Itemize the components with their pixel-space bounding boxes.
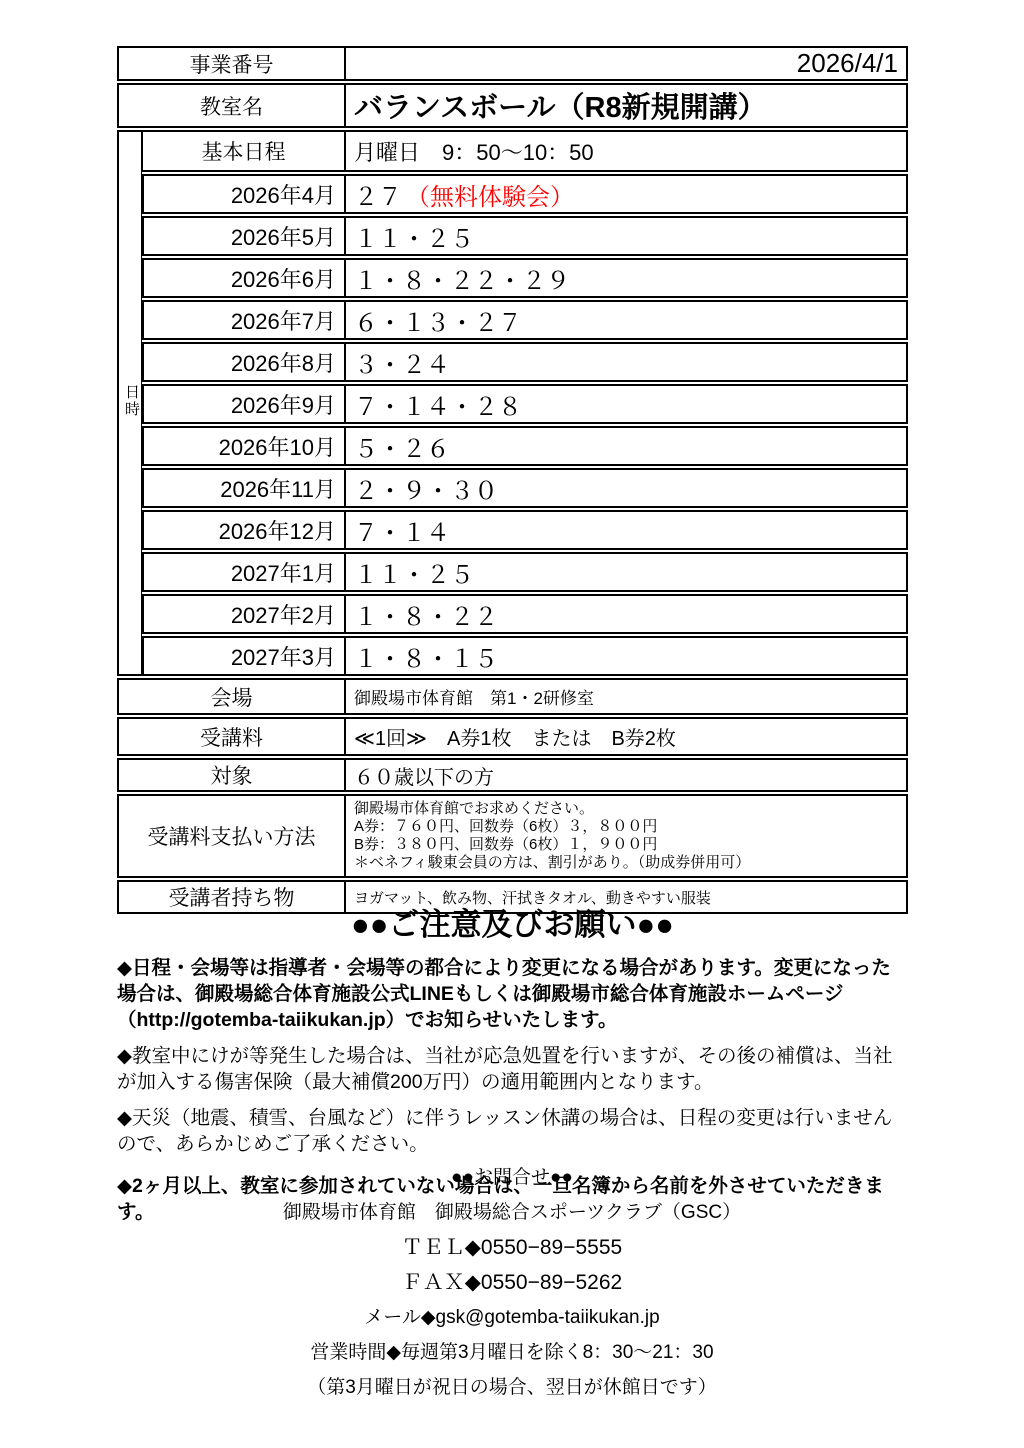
schedule-month-label: 2026年4月: [142, 174, 345, 214]
table-row: 2026年4月 ２７（無料体験会）: [117, 174, 908, 214]
schedule-month-dates: ７・１４: [345, 510, 908, 550]
schedule-month-label: 2026年8月: [142, 342, 345, 382]
flyer-page: 事業番号 2026/4/1 教室名 バランスボール（R8新規開講） 日時 基本日…: [0, 0, 1024, 1448]
target-label: 対象: [117, 758, 345, 792]
table-row: 2026年6月 １・８・２２・２９: [117, 258, 908, 298]
table-row: 受講料 ≪1回≫ A券1枚 または B券2枚: [117, 717, 908, 756]
notice-paragraph-injury: ◆教室中にけが等発生した場合は、当社が応急処置を行いますが、その後の補償は、当社…: [117, 1043, 908, 1095]
contact-tel: ＴＥＬ◆0550−89−5555: [0, 1230, 1024, 1265]
schedule-dates: ２７: [354, 184, 402, 211]
schedule-month-dates: ５・２６: [345, 426, 908, 466]
schedule-month-label: 2026年11月: [142, 468, 345, 508]
table-row: 受講料支払い方法 御殿場市体育館でお求めください。 A券：７６０円、回数券（6枚…: [117, 794, 908, 878]
free-trial-note: （無料体験会）: [406, 184, 574, 211]
table-row: 2026年11月 ２・９・３０: [117, 468, 908, 508]
table-row: 会場 御殿場市体育館 第1・2研修室: [117, 678, 908, 715]
table-row: 2026年12月 ７・１４: [117, 510, 908, 550]
schedule-month-dates: １・８・２２: [345, 594, 908, 634]
schedule-month-label: 2027年3月: [142, 636, 345, 676]
schedule-month-label: 2026年5月: [142, 216, 345, 256]
table-row: 2027年3月 １・８・１５: [117, 636, 908, 676]
class-name-value: バランスボール（R8新規開講）: [345, 83, 908, 128]
contact-fax: ＦＡＸ◆0550−89−5262: [0, 1265, 1024, 1300]
payment-method-label: 受講料支払い方法: [117, 794, 345, 878]
venue-label: 会場: [117, 678, 345, 715]
basic-schedule-value: 月曜日 9：50〜10：50: [345, 130, 908, 172]
payment-line: A券：７６０円、回数券（6枚）３，８００円: [354, 818, 898, 836]
contact-section: ●●お問合せ●● 御殿場市体育館 御殿場総合スポーツクラブ（GSC） ＴＥＬ◆0…: [0, 1160, 1024, 1405]
business-number-value: 2026/4/1: [345, 46, 908, 81]
schedule-month-label: 2027年2月: [142, 594, 345, 634]
basic-schedule-label: 基本日程: [142, 130, 345, 172]
table-row: 2027年2月 １・８・２２: [117, 594, 908, 634]
schedule-month-label: 2026年9月: [142, 384, 345, 424]
table-row: 2027年1月 １１・２５: [117, 552, 908, 592]
schedule-month-dates: １・８・２２・２９: [345, 258, 908, 298]
schedule-month-label: 2027年1月: [142, 552, 345, 592]
fee-label: 受講料: [117, 717, 345, 756]
schedule-month-dates: ２７（無料体験会）: [345, 174, 908, 214]
notice-paragraph-weather: ◆天災（地震、積雪、台風など）に伴うレッスン休講の場合は、日程の変更は行いません…: [117, 1105, 908, 1157]
class-name-label: 教室名: [117, 83, 345, 128]
target-value: ６０歳以下の方: [345, 758, 908, 792]
contact-hours: 営業時間◆毎週第3月曜日を除く8：30〜21：30: [0, 1335, 1024, 1370]
table-row: 2026年5月 １１・２５: [117, 216, 908, 256]
table-row: 対象 ６０歳以下の方: [117, 758, 908, 792]
payment-line: ＊ベネフィ駿東会員の方は、割引があり。（助成券併用可）: [354, 854, 898, 872]
datetime-side-cell: 日時: [117, 130, 142, 676]
notice-paragraph-schedule-change: ◆日程・会場等は指導者・会場等の都合により変更になる場合があります。変更になった…: [117, 955, 908, 1033]
table-row: 教室名 バランスボール（R8新規開講）: [117, 83, 908, 128]
schedule-month-dates: ６・１３・２７: [345, 300, 908, 340]
venue-value: 御殿場市体育館 第1・2研修室: [345, 678, 908, 715]
datetime-side-label: 日時: [119, 384, 142, 418]
payment-line: B券：３８０円、回数券（6枚）１，９００円: [354, 836, 898, 854]
schedule-month-dates: ７・１４・２８: [345, 384, 908, 424]
payment-line: 御殿場市体育館でお求めください。: [354, 800, 898, 818]
table-row: 2026年9月 ７・１４・２８: [117, 384, 908, 424]
table-row: 2026年10月 ５・２６: [117, 426, 908, 466]
schedule-month-label: 2026年7月: [142, 300, 345, 340]
table-row: 2026年8月 ３・２４: [117, 342, 908, 382]
fee-value: ≪1回≫ A券1枚 または B券2枚: [345, 717, 908, 756]
contact-organization: 御殿場市体育館 御殿場総合スポーツクラブ（GSC）: [0, 1195, 1024, 1230]
schedule-month-dates: １１・２５: [345, 552, 908, 592]
contact-hours-note: （第3月曜日が祝日の場合、翌日が休館日です）: [0, 1370, 1024, 1405]
notice-heading: ●●ご注意及びお願い●●: [117, 905, 908, 945]
schedule-month-dates: ３・２４: [345, 342, 908, 382]
table-row: 事業番号 2026/4/1: [117, 46, 908, 81]
contact-email: メール◆gsk@gotemba-taiikukan.jp: [0, 1300, 1024, 1335]
schedule-month-label: 2026年6月: [142, 258, 345, 298]
table-row: 日時 基本日程 月曜日 9：50〜10：50: [117, 130, 908, 172]
schedule-month-label: 2026年12月: [142, 510, 345, 550]
contact-heading: ●●お問合せ●●: [0, 1160, 1024, 1195]
class-info-table: 事業番号 2026/4/1 教室名 バランスボール（R8新規開講） 日時 基本日…: [117, 44, 908, 916]
payment-method-value: 御殿場市体育館でお求めください。 A券：７６０円、回数券（6枚）３，８００円 B…: [345, 794, 908, 878]
business-number-label: 事業番号: [117, 46, 345, 81]
table-row: 2026年7月 ６・１３・２７: [117, 300, 908, 340]
schedule-month-label: 2026年10月: [142, 426, 345, 466]
schedule-month-dates: ２・９・３０: [345, 468, 908, 508]
schedule-month-dates: １・８・１５: [345, 636, 908, 676]
schedule-month-dates: １１・２５: [345, 216, 908, 256]
